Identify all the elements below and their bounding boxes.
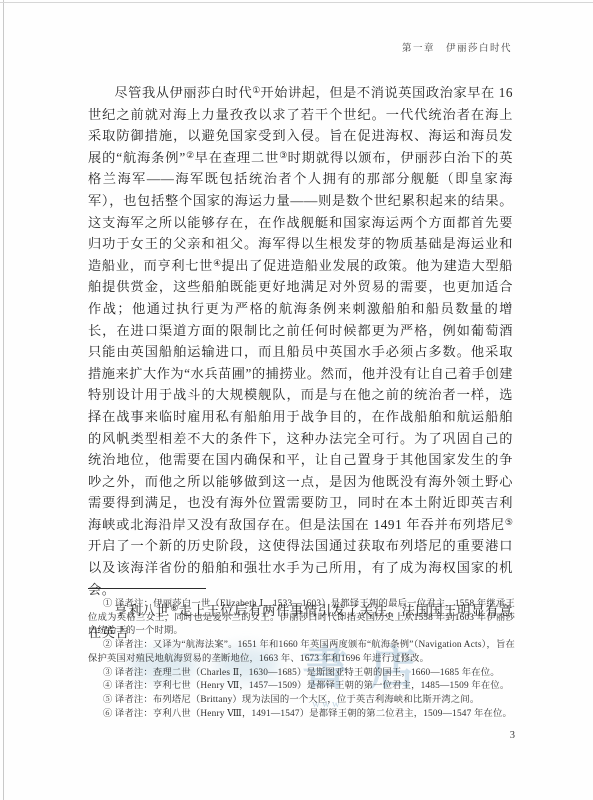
footnote-ref: ④ xyxy=(213,258,221,268)
footnote-ref: ② xyxy=(186,150,195,160)
footnote-item: ② 译者注：又译为“航海法案”。1651 年和1660 年英国两度颁布“航海条例… xyxy=(88,639,515,666)
footnote-separator xyxy=(88,588,206,589)
paragraph: 尽管我从伊丽莎白时代①开始讲起，但是不消说英国政治家早在 16 世纪之前就对海上… xyxy=(88,82,513,600)
footnote-item: ① 译者注：伊丽莎白一世（Elizabeth Ⅰ，1533—1603）是都铎王朝… xyxy=(88,598,515,639)
footnote-ref: ① xyxy=(252,85,260,95)
page-number: 3 xyxy=(88,730,515,741)
footnote-item: ⑥ 译者注：亨利八世（Henry Ⅷ，1491—1547）是都铎王朝的第二位君主… xyxy=(88,708,515,722)
footnote-item: ③ 译者注：查理二世（Charles Ⅱ，1630—1685）是斯图亚特王朝的国… xyxy=(88,667,515,681)
footnote-ref: ③ xyxy=(279,150,287,160)
footnote-ref: ⑤ xyxy=(505,517,513,527)
footnote-block: ① 译者注：伊丽莎白一世（Elizabeth Ⅰ，1533—1603）是都铎王朝… xyxy=(88,588,515,721)
scan-edge-left xyxy=(3,0,4,800)
footnote-item: ⑤ 译者注：布列塔尼（Brittany）现为法国的一个大区，位于英吉利海峡和比斯… xyxy=(88,694,515,708)
body-text: 尽管我从伊丽莎白时代①开始讲起，但是不消说英国政治家早在 16 世纪之前就对海上… xyxy=(88,82,513,643)
scan-edge-top xyxy=(0,2,593,3)
footnote-item: ④ 译者注：亨利七世（Henry Ⅶ，1457—1509）是都铎王朝的第一位君主… xyxy=(88,680,515,694)
running-header: 第一章 伊丽莎白时代 xyxy=(88,40,512,54)
book-page: 第一章 伊丽莎白时代 尽管我从伊丽莎白时代①开始讲起，但是不消说英国政治家早在 … xyxy=(0,0,593,800)
